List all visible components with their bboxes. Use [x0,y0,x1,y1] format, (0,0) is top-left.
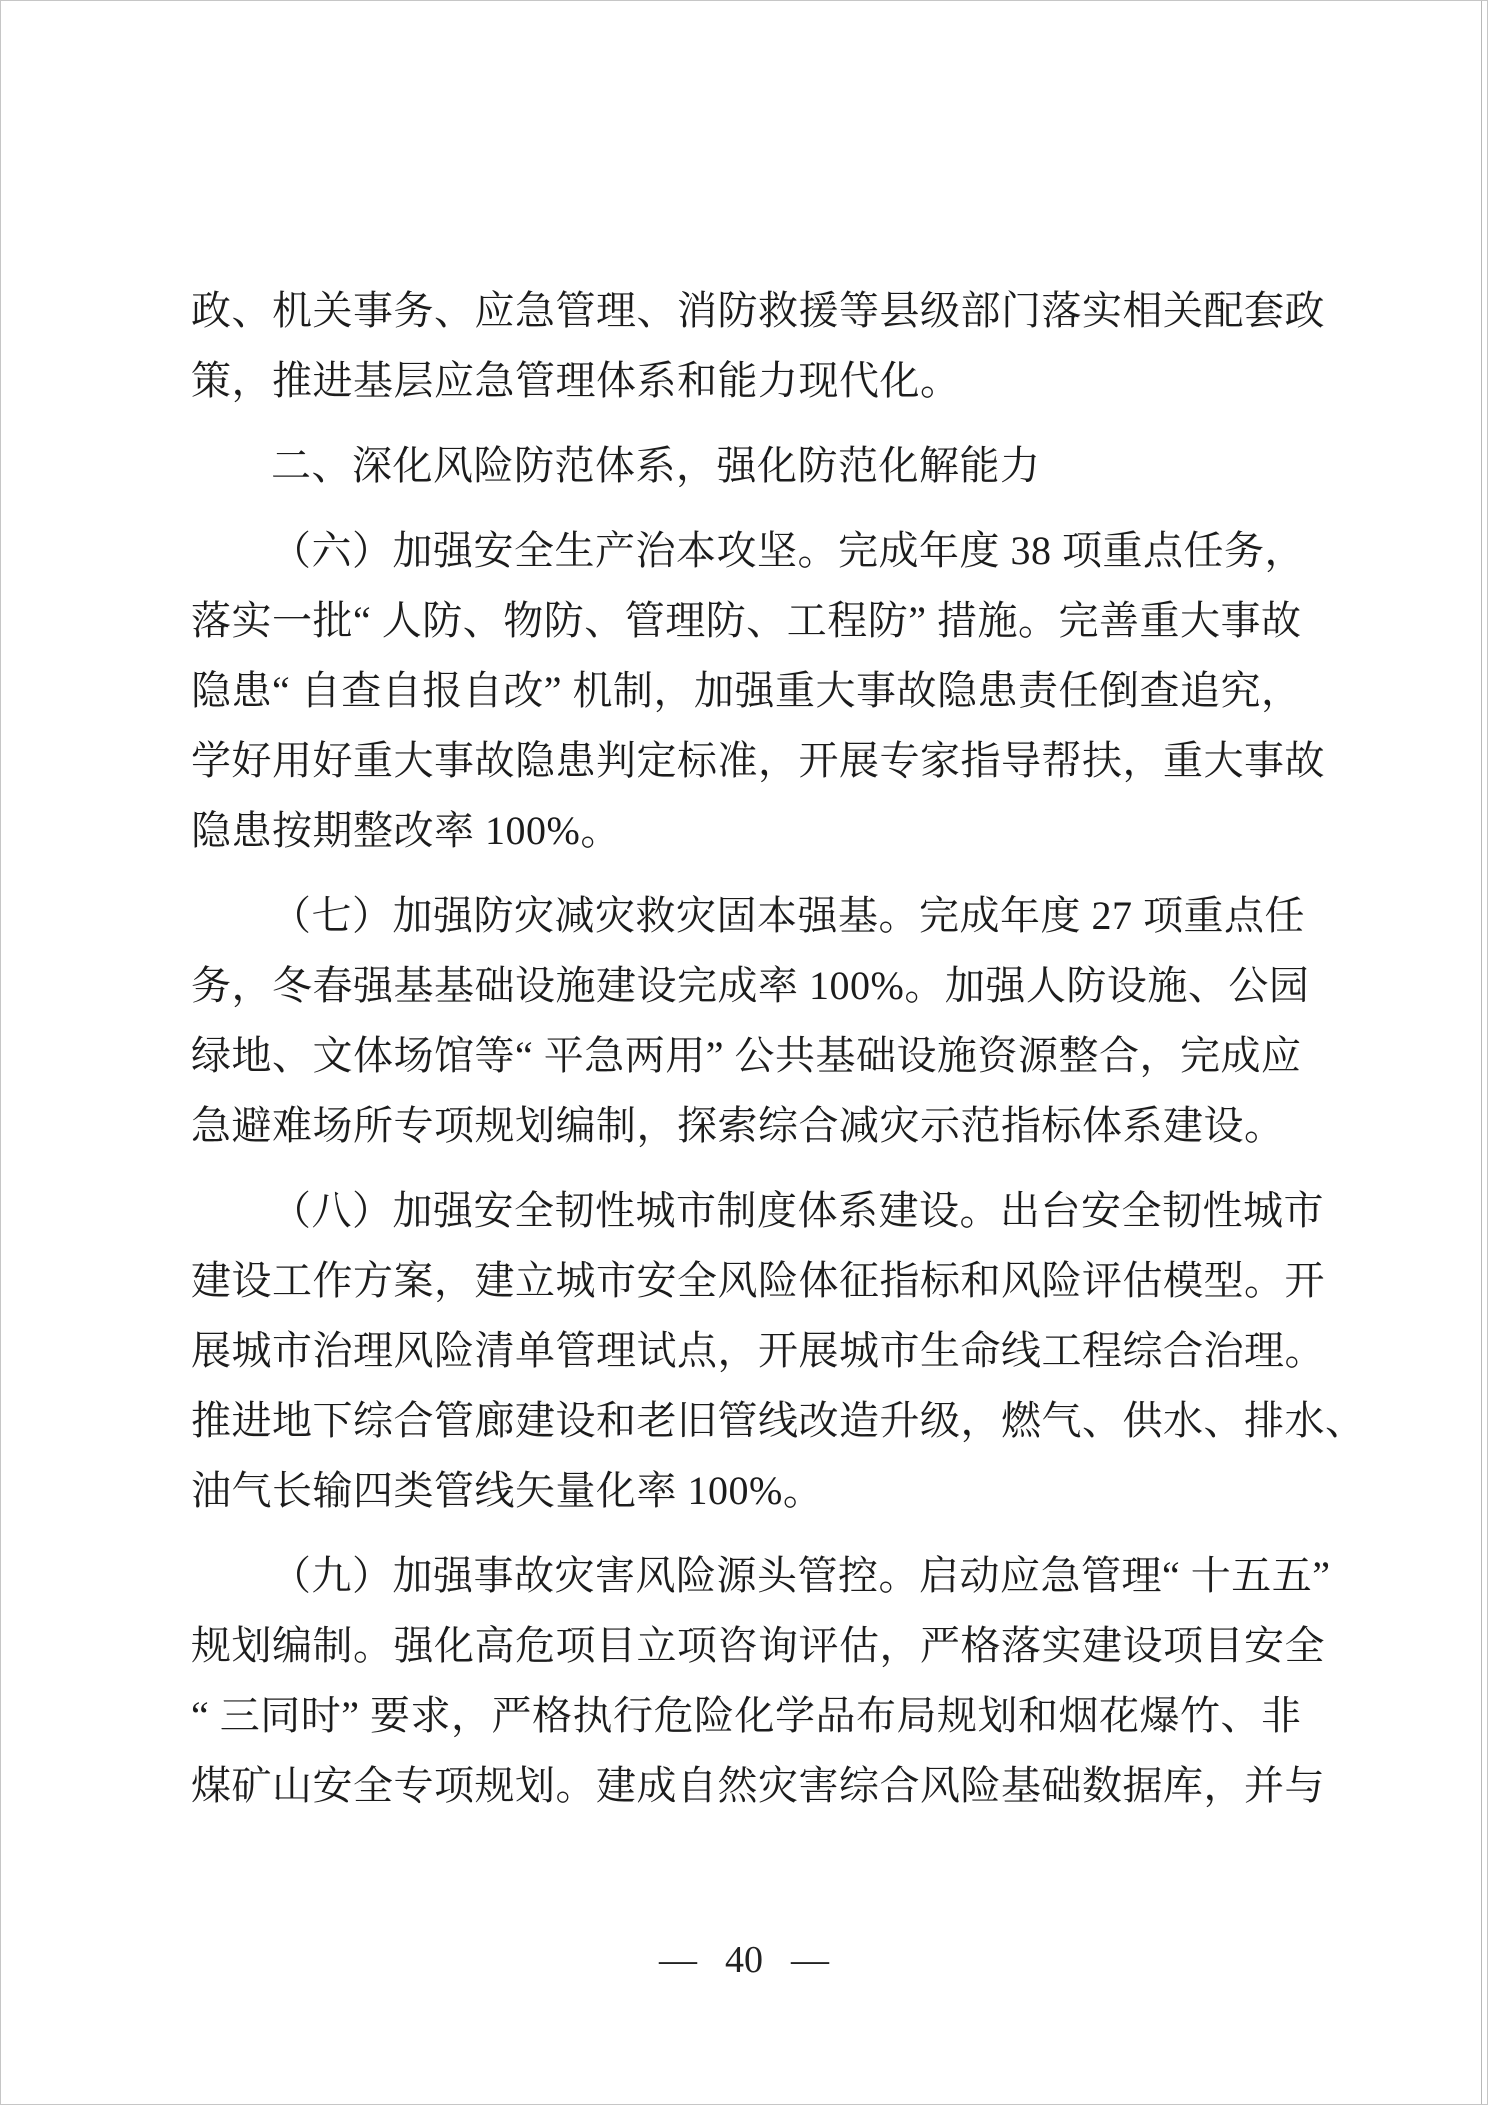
scan-edge-line [1481,1,1482,2105]
footer-left-dash: — [659,1937,697,1983]
page-number: 40 [725,1937,763,1983]
footer-right-dash: — [791,1937,829,1983]
text-line: 绿地、文体场馆等“ 平急两用” 公共基础设施资源整合，完成应 [191,1021,1321,1091]
text-line: 落实一批“ 人防、物防、管理防、工程防” 措施。完善重大事故 [191,586,1321,656]
paragraph-6: （六）加强安全生产治本攻坚。完成年度 38 项重点任务，落实一批“ 人防、物防、… [191,516,1321,866]
text-line: 急避难场所专项规划编制，探索综合减灾示范指标体系建设。 [191,1091,1321,1161]
text-line: 政、机关事务、应急管理、消防救援等县级部门落实相关配套政 [191,276,1321,346]
text-line: （六）加强安全生产治本攻坚。完成年度 38 项重点任务， [191,516,1321,586]
text-line: 展城市治理风险清单管理试点，开展城市生命线工程综合治理。 [191,1316,1321,1386]
page-footer: —40— [1,1937,1487,1983]
paragraph-continuation: 政、机关事务、应急管理、消防救援等县级部门落实相关配套政策，推进基层应急管理体系… [191,276,1321,416]
text-line: 油气长输四类管线矢量化率 100%。 [191,1456,1321,1526]
text-line: 隐患按期整改率 100%。 [191,796,1321,866]
text-line: 建设工作方案，建立城市安全风险体征指标和风险评估模型。开 [191,1246,1321,1316]
text-line: （七）加强防灾减灾救灾固本强基。完成年度 27 项重点任 [191,881,1321,951]
section-heading-2: 二、深化风险防范体系，强化防范化解能力 [191,431,1321,501]
text-line: 煤矿山安全专项规划。建成自然灾害综合风险基础数据库，并与 [191,1751,1321,1821]
text-line: （八）加强安全韧性城市制度体系建设。出台安全韧性城市 [191,1176,1321,1246]
document-body: 政、机关事务、应急管理、消防救援等县级部门落实相关配套政策，推进基层应急管理体系… [191,276,1321,1821]
text-line: 规划编制。强化高危项目立项咨询评估，严格落实建设项目安全 [191,1611,1321,1681]
text-line: 推进地下综合管廊建设和老旧管线改造升级，燃气、供水、排水、 [191,1386,1321,1456]
text-line: （九）加强事故灾害风险源头管控。启动应急管理“ 十五五” [191,1541,1321,1611]
paragraph-7: （七）加强防灾减灾救灾固本强基。完成年度 27 项重点任务，冬春强基基础设施建设… [191,881,1321,1161]
paragraph-9: （九）加强事故灾害风险源头管控。启动应急管理“ 十五五”规划编制。强化高危项目立… [191,1541,1321,1821]
text-line: 策，推进基层应急管理体系和能力现代化。 [191,346,1321,416]
text-line: 学好用好重大事故隐患判定标准，开展专家指导帮扶，重大事故 [191,726,1321,796]
text-line: 务，冬春强基基础设施建设完成率 100%。加强人防设施、公园 [191,951,1321,1021]
text-line: 二、深化风险防范体系，强化防范化解能力 [191,431,1321,501]
text-line: “ 三同时” 要求，严格执行危险化学品布局规划和烟花爆竹、非 [191,1681,1321,1751]
text-line: 隐患“ 自查自报自改” 机制，加强重大事故隐患责任倒查追究， [191,656,1321,726]
paragraph-8: （八）加强安全韧性城市制度体系建设。出台安全韧性城市建设工作方案，建立城市安全风… [191,1176,1321,1526]
document-page: 政、机关事务、应急管理、消防救援等县级部门落实相关配套政策，推进基层应急管理体系… [0,0,1488,2105]
